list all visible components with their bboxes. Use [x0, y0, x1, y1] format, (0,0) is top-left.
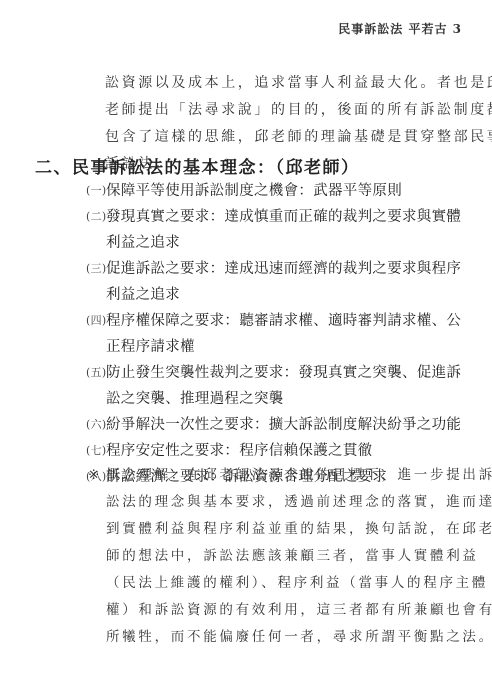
item-text: 正程序請求權 [86, 334, 466, 360]
item-text: 利益之追求 [86, 282, 466, 308]
note-line: 概念理解：在邱老師法尋求說的目標下，進一步提出訴 [88, 462, 468, 489]
paragraph-line: 訟資源以及成本上，追求當事人利益最大化。者也是邱 [105, 70, 465, 97]
note-line: 訟法的理念與基本要求，透過前述理念的落實，進而達 [88, 489, 468, 516]
note-line: 師的想法中，訴訟法應該兼顧三者，當事人實體利益 [88, 543, 468, 570]
reference-mark-icon: ※ [88, 462, 102, 489]
item-number: (七) [86, 438, 106, 464]
running-header: 民事訴訟法 平若古 3 [338, 20, 462, 37]
list-item: (七) 程序安定性之要求：程序信賴保護之貫徹 [86, 438, 466, 464]
note-line: 到實體利益與程序利益並重的結果，換句話說，在邱老 [88, 516, 468, 543]
item-text: 促進訴訟之要求：達成迅速而經濟的裁判之要求與程序 [86, 256, 466, 282]
item-number: (六) [86, 412, 106, 438]
paragraph-line: 包含了這樣的思維，邱老師的理論基礎是貫穿整部民事 [105, 124, 465, 151]
list-item: (四) 程序權保障之要求：聽審請求權、適時審判請求權、公 正程序請求權 [86, 308, 466, 360]
item-text: 防止發生突襲性裁判之要求：發現真實之突襲、促進訴 [86, 360, 466, 386]
principles-list: (一) 保障平等使用訴訟制度之機會：武器平等原則 (二) 發現真實之要求：達成慎… [86, 178, 466, 490]
item-number: (一) [86, 178, 106, 204]
list-item: (六) 紛爭解決一次性之要求：擴大訴訟制度解決紛爭之功能 [86, 412, 466, 438]
note-line: 權）和訴訟資源的有效利用，這三者都有所兼顧也會有 [88, 597, 468, 624]
list-item: (三) 促進訴訟之要求：達成迅速而經濟的裁判之要求與程序 利益之追求 [86, 256, 466, 308]
item-number: (五) [86, 360, 106, 386]
paragraph-line: 老師提出「法尋求說」的目的，後面的所有訴訟制度都 [105, 97, 465, 124]
item-number: (二) [86, 204, 106, 230]
item-text: 訟之突襲、推理過程之突襲 [86, 386, 466, 412]
item-text: 發現真實之要求：達成慎重而正確的裁判之要求與實體 [86, 204, 466, 230]
note-line: 所犧牲，而不能偏廢任何一者，尋求所謂平衡點之法。 [88, 624, 468, 651]
item-number: (四) [86, 308, 106, 334]
list-item: (一) 保障平等使用訴訟制度之機會：武器平等原則 [86, 178, 466, 204]
section-heading: 二、民事訴訟法的基本理念：（邱老師） [35, 153, 360, 178]
list-item: (五) 防止發生突襲性裁判之要求：發現真實之突襲、促進訴 訟之突襲、推理過程之突… [86, 360, 466, 412]
item-text: 程序安定性之要求：程序信賴保護之貫徹 [86, 438, 466, 464]
item-text: 利益之追求 [86, 230, 466, 256]
item-text: 保障平等使用訴訟制度之機會：武器平等原則 [86, 178, 466, 204]
note-line: （民法上維護的權利）、程序利益（當事人的程序主體 [88, 570, 468, 597]
item-number: (三) [86, 256, 106, 282]
item-text: 紛爭解決一次性之要求：擴大訴訟制度解決紛爭之功能 [86, 412, 466, 438]
list-item: (二) 發現真實之要求：達成慎重而正確的裁判之要求與實體 利益之追求 [86, 204, 466, 256]
item-text: 程序權保障之要求：聽審請求權、適時審判請求權、公 [86, 308, 466, 334]
concept-note: ※ 概念理解：在邱老師法尋求說的目標下，進一步提出訴 訟法的理念與基本要求，透過… [88, 462, 468, 651]
